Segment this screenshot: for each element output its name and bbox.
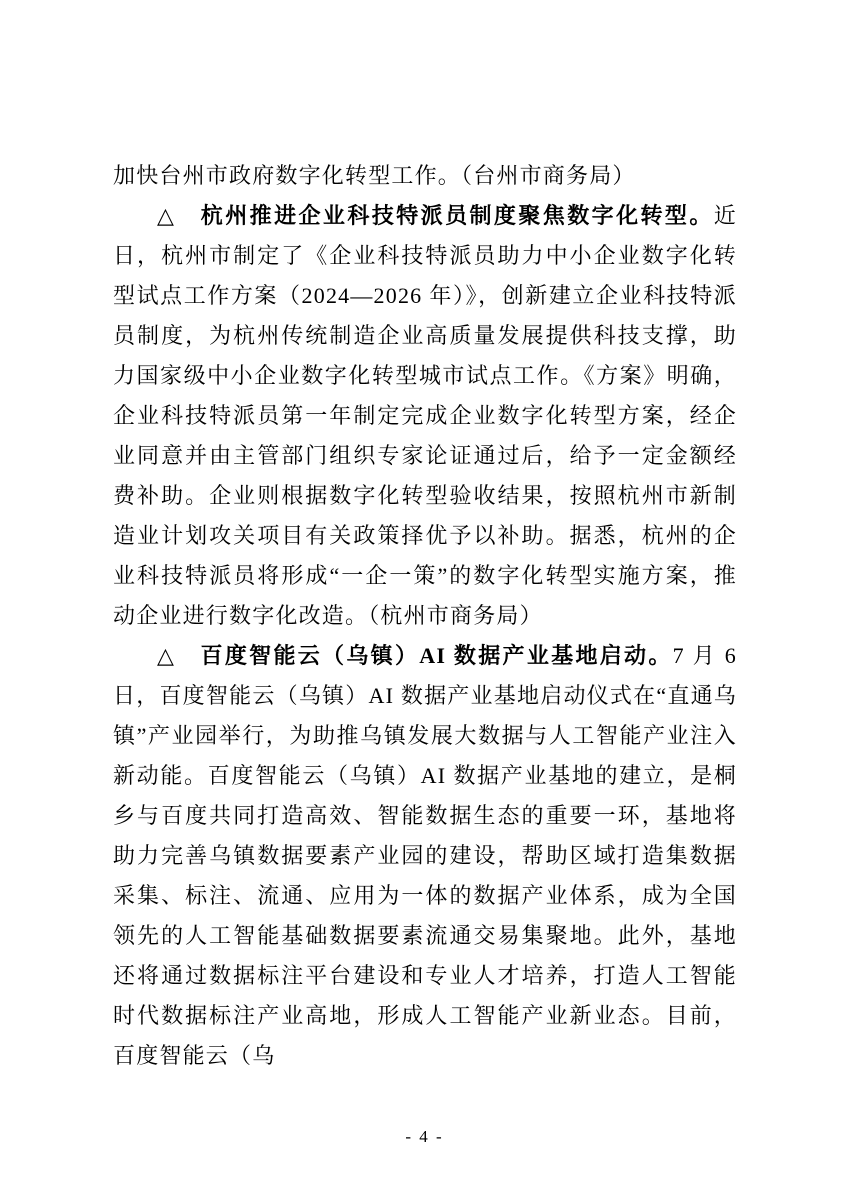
news-item-baidu-wuzhen: △ 百度智能云（乌镇）AI 数据产业基地启动。7 月 6 日，百度智能云（乌镇）…: [113, 636, 737, 1076]
news-item-hangzhou: △ 杭州推进企业科技特派员制度聚焦数字化转型。近日，杭州市制定了《企业科技特派员…: [113, 196, 737, 636]
page-number: - 4 -: [405, 1127, 443, 1146]
news-item-hangzhou-headline: △ 杭州推进企业科技特派员制度聚焦数字化转型。: [157, 203, 714, 228]
news-item-baidu-wuzhen-headline: △ 百度智能云（乌镇）AI 数据产业基地启动。: [157, 643, 673, 668]
news-item-baidu-wuzhen-body: 7 月 6 日，百度智能云（乌镇）AI 数据产业基地启动仪式在“直通乌镇”产业园…: [113, 643, 737, 1068]
document-page: 加快台州市政府数字化转型工作。（台州市商务局） △ 杭州推进企业科技特派员制度聚…: [0, 0, 849, 1200]
page-footer: - 4 -: [0, 1124, 849, 1150]
page-body-text: 加快台州市政府数字化转型工作。（台州市商务局） △ 杭州推进企业科技特派员制度聚…: [113, 156, 737, 1076]
paragraph-continuation: 加快台州市政府数字化转型工作。（台州市商务局）: [113, 156, 737, 196]
news-item-hangzhou-body: 近日，杭州市制定了《企业科技特派员助力中小企业数字化转型试点工作方案（2024—…: [113, 203, 737, 628]
paragraph-continuation-text: 加快台州市政府数字化转型工作。（台州市商务局）: [113, 163, 636, 188]
